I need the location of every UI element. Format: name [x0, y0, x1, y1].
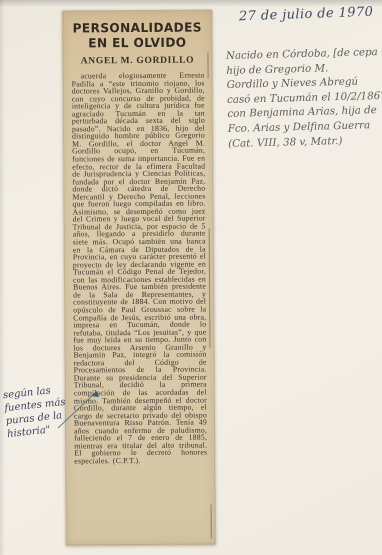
scan-shadow-left: [0, 0, 5, 555]
handwritten-note-left: según las fuentes más puras de la histor…: [2, 383, 68, 441]
handwritten-note-right: Nacido en Córdoba, [de cepa riojana,] hi…: [226, 45, 381, 151]
section-title-line2: EN EL OLVIDO: [66, 35, 210, 51]
section-title-line1: PERSONALIDADES: [65, 20, 209, 36]
handwritten-date: 27 de julio de 1970: [238, 5, 373, 25]
note-line: (Cat. VIII, 38 v, Matr.): [228, 133, 380, 152]
column-rule: [211, 504, 212, 538]
column-rule: [207, 53, 208, 79]
article-body: acuerda elogiosamente Ernesto Padilla a …: [72, 72, 208, 465]
scrapbook-page: PERSONALIDADES EN EL OLVIDO ANGEL M. GOR…: [0, 0, 382, 555]
article-headline: ANGEL M. GORDILLO: [63, 55, 211, 66]
newspaper-clipping: PERSONALIDADES EN EL OLVIDO ANGEL M. GOR…: [62, 9, 216, 545]
column-rule: [209, 229, 211, 349]
